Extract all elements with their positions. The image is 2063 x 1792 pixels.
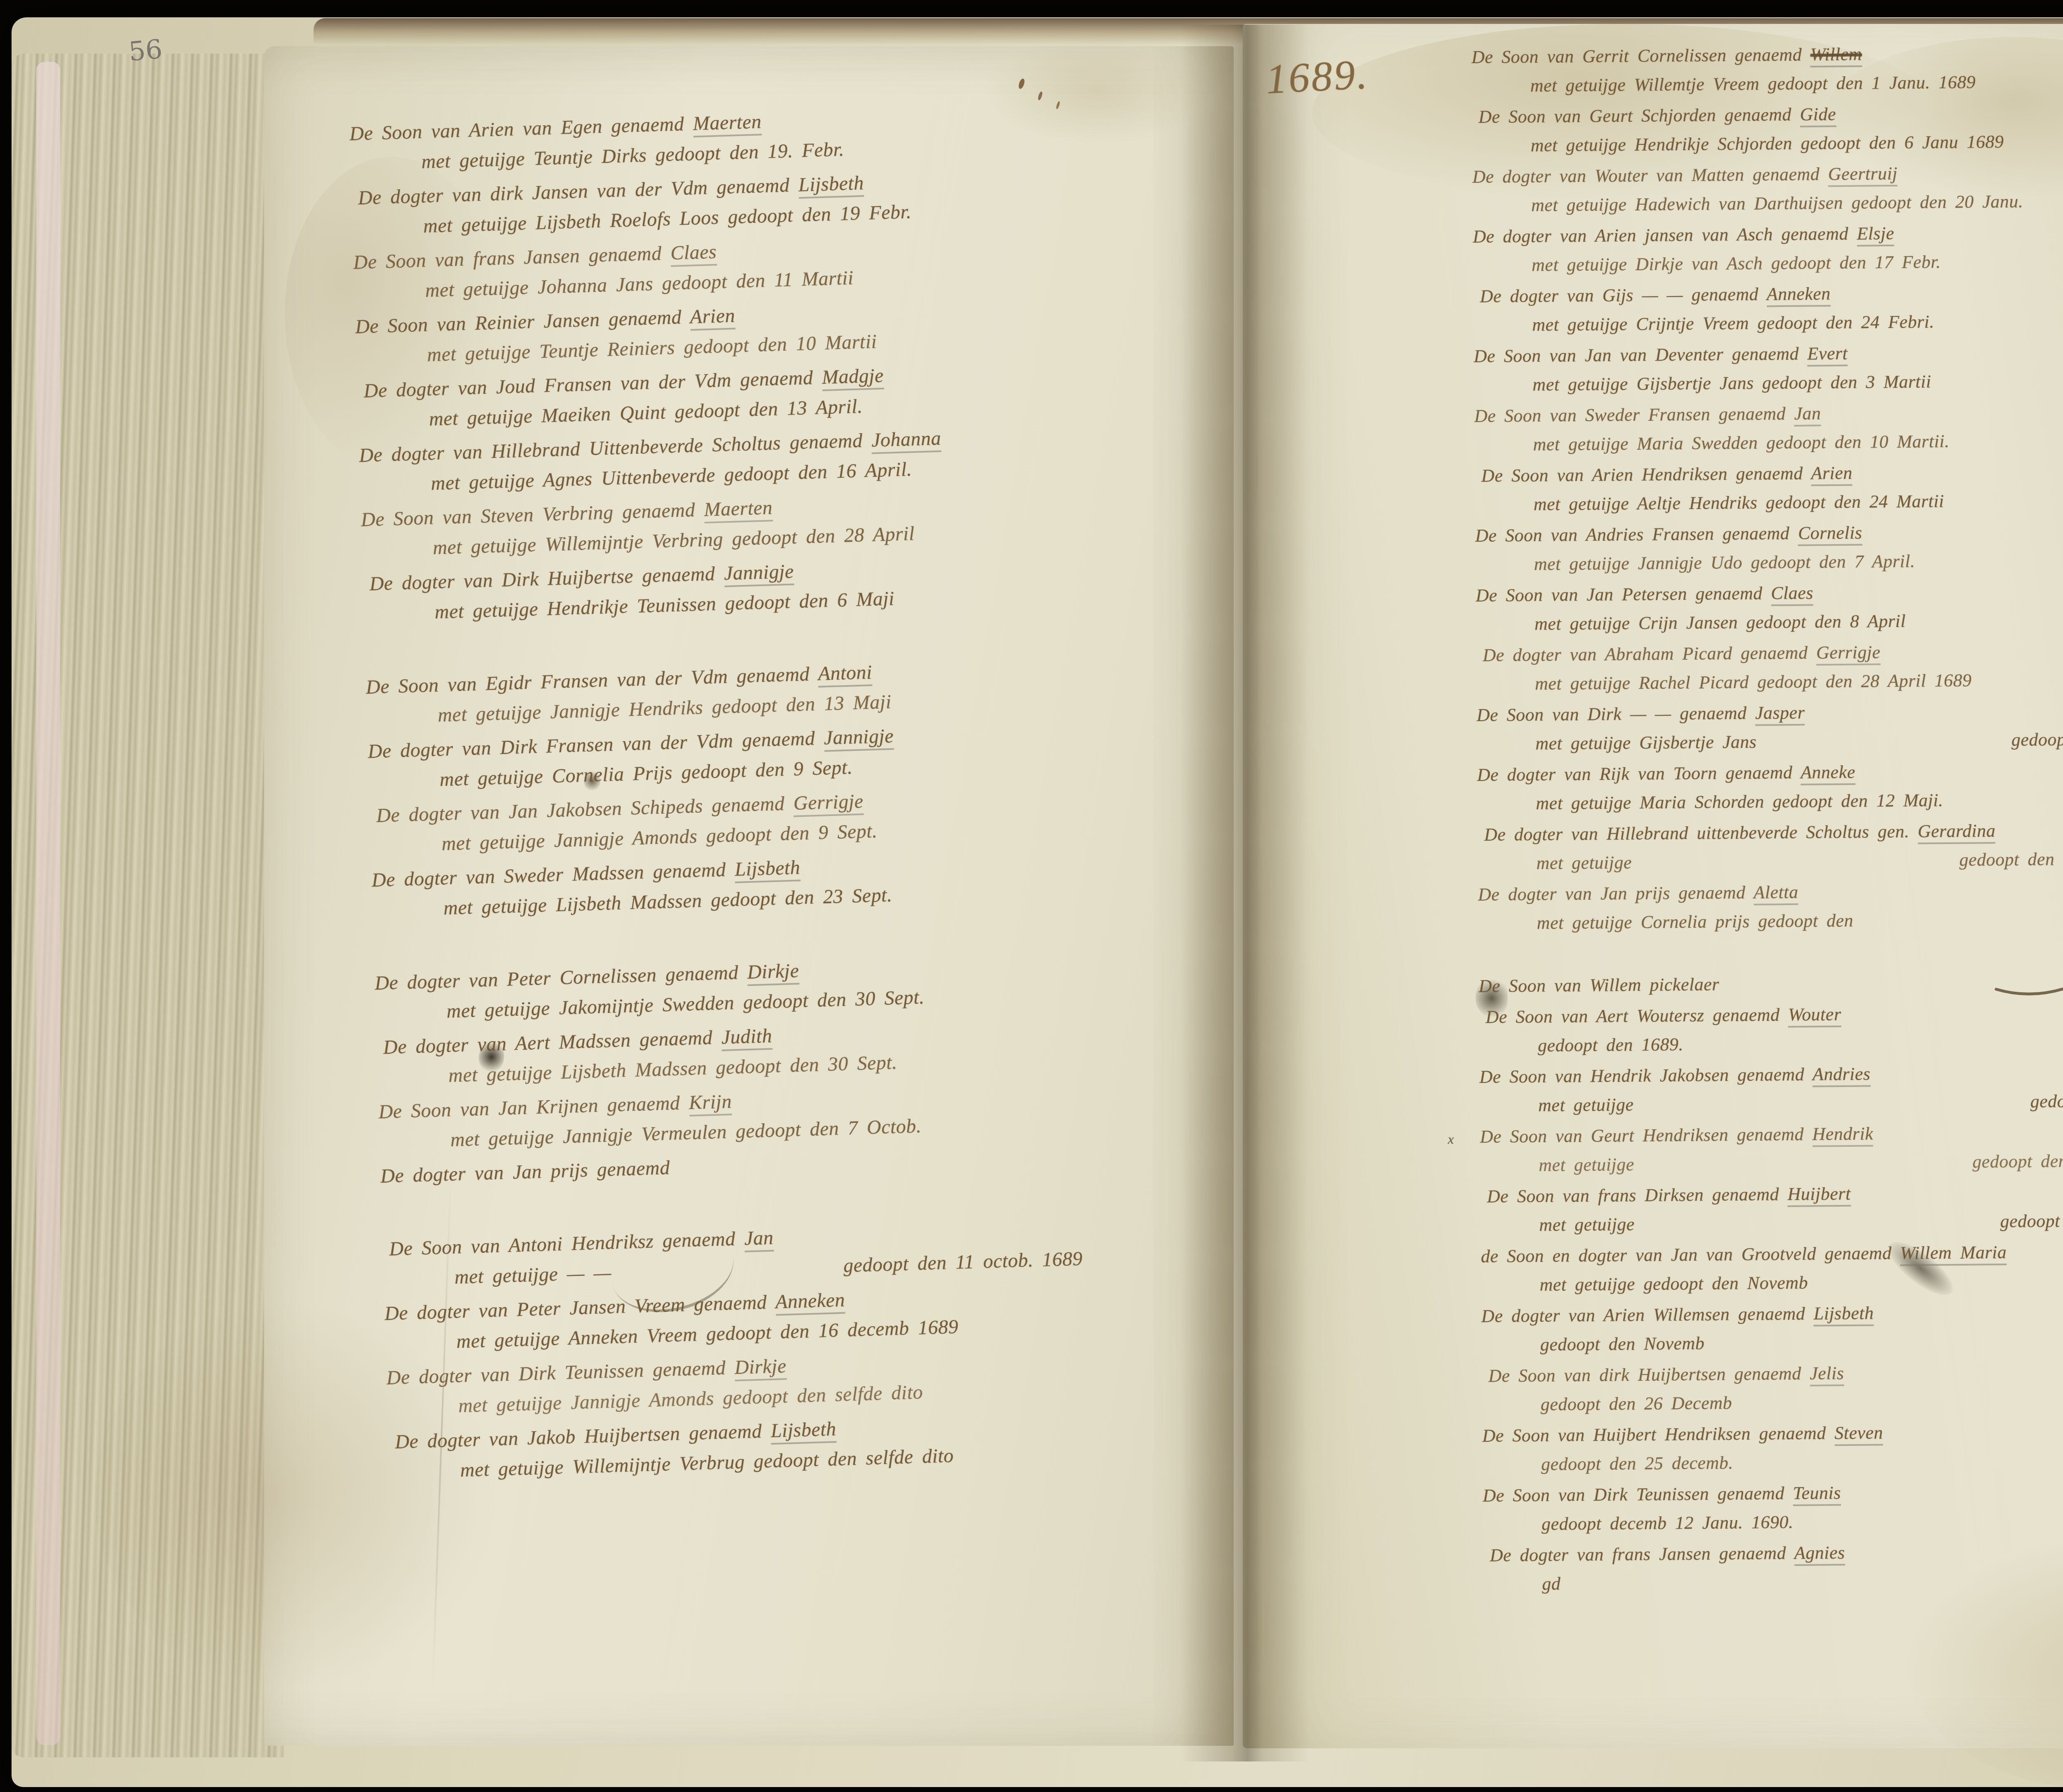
child-name: Andries bbox=[1813, 1063, 1871, 1087]
baptism-date: gedoopt den 5 Maji bbox=[2011, 724, 2063, 755]
baptism-entry: De dogter van Arien jansen van Asch gena… bbox=[1473, 216, 2063, 280]
entry-intro: De Soon van Jan Krijnen genaemd bbox=[378, 1092, 680, 1123]
entry-intro: De Soon van Gerrit Cornelissen genaemd bbox=[1471, 45, 1802, 67]
child-name: Judith bbox=[721, 1025, 772, 1052]
child-name: Lijsbeth bbox=[1813, 1303, 1874, 1326]
year-heading: 1689. bbox=[1265, 50, 1370, 104]
entry-intro: De Soon van Jan van Deventer genaemd bbox=[1474, 344, 1799, 366]
entry-line2: gedoopt den 25 decemb. bbox=[1482, 1444, 2063, 1479]
baptism-entry: De dogter van frans Jansen genaemd Agnie… bbox=[1483, 1535, 2063, 1599]
child-name: Gerrigje bbox=[1816, 642, 1881, 665]
entry-line1: De Soon van Dirk Teunissen genaemd Teuni… bbox=[1482, 1475, 2063, 1510]
fore-edge-pink-strip bbox=[36, 62, 60, 1745]
entry-intro: De dogter van Abraham Picard genaemd bbox=[1482, 643, 1808, 665]
entry-intro: De Soon van Geurt Hendriksen genaemd bbox=[1480, 1124, 1804, 1147]
entry-line2: met getuijge Dirkje van Asch gedoopt den… bbox=[1473, 245, 2063, 280]
entry-intro: De dogter van Wouter van Matten genaemd bbox=[1472, 164, 1820, 187]
entry-intro: De Soon van Dirk — — genaemd bbox=[1477, 703, 1747, 725]
witness-and-date: gd bbox=[1542, 1569, 1561, 1598]
entry-intro: De Soon van frans Jansen genaemd bbox=[353, 243, 662, 274]
witness-and-date: met getuijge Gijsbertje Jans gedoopt den… bbox=[1532, 367, 1931, 399]
left-page-entries: De Soon van Arien van Egen genaemd Maert… bbox=[349, 94, 1209, 1491]
witness-and-date: met getuijge Gijsbertje Jans bbox=[1535, 728, 1756, 758]
entry-intro: De Soon van dirk Huijbertsen genaemd bbox=[1488, 1363, 1801, 1386]
photo-of-register: { "left_page": { "page_number": "56", "e… bbox=[0, 0, 2063, 1792]
entry-intro: De dogter van Arien jansen van Asch gena… bbox=[1473, 224, 1848, 247]
entry-line1: De Soon van Jan Petersen genaemd Claes bbox=[1475, 575, 2063, 610]
baptism-date bbox=[1062, 575, 1183, 609]
child-name: Jannigje bbox=[724, 561, 794, 587]
witness-and-date: met getuijge Hendrikje Schjorden gedoopt… bbox=[1531, 127, 2004, 160]
child-name: Huijbert bbox=[1787, 1184, 1851, 1207]
entry-intro: De Soon van Willem pickelaer bbox=[1479, 974, 1719, 996]
child-name: Geertruij bbox=[1828, 163, 1898, 187]
child-name: Wouter bbox=[1788, 1004, 1841, 1028]
witness-and-date: met getuijge bbox=[1536, 848, 1632, 878]
baptism-entry: De Soon van Aert Woutersz genaemd Wouter… bbox=[1479, 996, 2063, 1060]
baptism-date bbox=[1049, 125, 1169, 158]
entry-intro: De Soon van Huijbert Hendriksen genaemd bbox=[1482, 1423, 1826, 1446]
child-name: Cornelis bbox=[1798, 523, 1862, 546]
child-name: Anneken bbox=[775, 1289, 845, 1316]
witness-and-date: met getuijge bbox=[1538, 1090, 1634, 1120]
entry-intro: De Soon van Arien Hendriksen genaemd bbox=[1481, 463, 1803, 486]
entry-line1: De Soon van dirk Huijbertsen genaemd Jel… bbox=[1488, 1355, 2063, 1390]
child-name: Claes bbox=[670, 241, 717, 267]
entry-intro: De Soon van Hendrik Jakobsen genaemd bbox=[1479, 1064, 1804, 1087]
baptism-date bbox=[1059, 446, 1179, 480]
child-name: Lijsbeth bbox=[734, 856, 800, 883]
baptism-entry: De dogter van Gijs — — genaemd Anneken m… bbox=[1473, 276, 2063, 340]
child-name: Anneke bbox=[1801, 762, 1855, 785]
baptism-entry: De dogter van Wouter van Matten genaemd … bbox=[1472, 156, 2063, 220]
baptism-entry: De Soon van dirk Huijbertsen genaemd Jel… bbox=[1482, 1355, 2063, 1419]
witness-and-date: met getuijge Crijn Jansen gedoopt den 8 … bbox=[1534, 607, 1906, 639]
entry-intro: De Soon van Aert Woutersz genaemd bbox=[1485, 1004, 1780, 1027]
baptism-date: gedoopt den 14 Julii 1689 bbox=[1959, 843, 2063, 875]
entry-line1: De Soon van Dirk — — genaemd Jasper bbox=[1477, 695, 2063, 730]
witness-and-date: met getuijge Maria Swedden gedoopt den 1… bbox=[1533, 427, 1949, 459]
child-name: Steven bbox=[1834, 1422, 1883, 1446]
witness-and-date: met getuijge Willemtje Vreem gedoopt den… bbox=[1530, 68, 1976, 100]
baptism-date bbox=[1071, 871, 1192, 905]
baptism-entry: De Soon van Jan Petersen genaemd Claes m… bbox=[1475, 575, 2063, 639]
child-name: Jan bbox=[1794, 403, 1821, 427]
entry-line1: De dogter van Wouter van Matten genaemd … bbox=[1472, 156, 2063, 191]
entry-intro: De Soon van Geurt Schjorden genaemd bbox=[1478, 104, 1792, 127]
entry-line1: De dogter van Arien jansen van Asch gena… bbox=[1473, 216, 2063, 251]
entry-intro: De Soon van frans Dirksen genaemd bbox=[1487, 1184, 1779, 1207]
baptism-entry: De dogter van Jan prijs genaemd Aletta m… bbox=[1478, 874, 2063, 938]
entry-intro: De Soon van Jan Petersen genaemd bbox=[1475, 583, 1763, 605]
child-name: Agnies bbox=[1794, 1542, 1845, 1566]
baptism-entry: De Soon van Hendrik Jakobsen genaemd And… bbox=[1479, 1056, 2063, 1120]
child-name: Jan bbox=[744, 1227, 774, 1252]
entry-intro: De Soon van Dirk Teunissen genaemd bbox=[1482, 1483, 1784, 1506]
entry-line2: met getuijge gedoopt den selfden dito. bbox=[1480, 1145, 2063, 1180]
witness-and-date: met getuijge — — bbox=[454, 1257, 611, 1292]
baptism-entry: De Soon van Dirk Teunissen genaemd Teuni… bbox=[1482, 1475, 2063, 1539]
entry-line1: De Soon van frans Dirksen genaemd Huijbe… bbox=[1487, 1176, 2063, 1211]
entry-line2: met getuijge Jannigje Udo gedoopt den 7 … bbox=[1475, 544, 2063, 579]
baptism-entry: De Soon van Jan van Deventer genaemd Eve… bbox=[1474, 336, 2063, 400]
witness-and-date: met getuijge Dirkje van Asch gedoopt den… bbox=[1532, 248, 1941, 280]
baptism-entry: De Soon van Geurt Schjorden genaemd Gide… bbox=[1472, 97, 2063, 160]
entry-line1: De Soon van Arien Hendriksen genaemd Ari… bbox=[1481, 455, 2063, 490]
entry-line1: De dogter van Abraham Picard genaemd Ger… bbox=[1482, 635, 2063, 670]
child-name: Lijsbeth bbox=[798, 172, 864, 199]
child-name: Jelis bbox=[1810, 1363, 1844, 1386]
baptism-date bbox=[1088, 1433, 1209, 1467]
child-name: Jannigje bbox=[824, 725, 894, 752]
witness-and-date: met getuijge bbox=[1539, 1150, 1634, 1180]
entry-line1: De dogter van Jan prijs genaemd Aletta bbox=[1478, 874, 2063, 909]
child-name: Arien bbox=[690, 304, 736, 330]
bottom-left-page-stack bbox=[39, 1682, 1010, 1787]
child-name: Evert bbox=[1807, 343, 1848, 367]
entry-line1: De Soon van Huijbert Hendriksen genaemd … bbox=[1482, 1415, 2063, 1450]
right-page-entries: De Soon van Gerrit Cornelissen genaemd W… bbox=[1471, 37, 2063, 1601]
page-number-left: 56 bbox=[127, 34, 164, 68]
baptism-entry: De dogter van Rijk van Toorn genaemd Ann… bbox=[1477, 755, 2063, 818]
entry-intro: De dogter van Gijs — — genaemd bbox=[1480, 284, 1759, 307]
baptism-date bbox=[1057, 382, 1177, 416]
entry-line1: De dogter van Gijs — — genaemd Anneken bbox=[1480, 276, 2063, 311]
child-name: Lijsbeth bbox=[770, 1418, 836, 1445]
baptism-entry: De Soon van Arien Hendriksen genaemd Ari… bbox=[1475, 455, 2063, 519]
entry-intro: De Soon van Andries Fransen genaemd bbox=[1475, 523, 1789, 546]
entry-line1: De Soon van Hendrik Jakobsen genaemd And… bbox=[1479, 1056, 2063, 1091]
entry-line1: De Soon van Willem pickelaer bbox=[1479, 965, 2063, 1000]
baptism-entry: De Soon van Huijbert Hendriksen genaemd … bbox=[1482, 1415, 2063, 1479]
entry-line1: De Soon van Aert Woutersz genaemd Wouter bbox=[1485, 996, 2063, 1031]
witness-and-date: gedoopt den 26 Decemb bbox=[1541, 1389, 1732, 1419]
witness-and-date: met getuijge Cornelia prijs gedoopt den bbox=[1537, 906, 1853, 938]
baptism-date: gedoopt den Sept. bbox=[2030, 1085, 2063, 1116]
entry-line2: met getuijge gedoopt den 14 Julii 1689 bbox=[1478, 843, 2063, 878]
entry-line1: De Soon van Jan van Deventer genaemd Eve… bbox=[1474, 336, 2063, 371]
baptism-date bbox=[1067, 742, 1188, 776]
baptism-date bbox=[1053, 253, 1173, 287]
child-name: Johanna bbox=[871, 427, 942, 454]
child-name: Arien bbox=[1811, 463, 1853, 486]
baptism-date: gedoopt den selfden dito. bbox=[1972, 1145, 2063, 1176]
entry-line1: De dogter van Hillebrand uittenbeverde S… bbox=[1484, 814, 2063, 849]
entry-intro: De Soon van Arien van Egen genaemd bbox=[349, 113, 684, 145]
entry-intro: De dogter van Rijk van Toorn genaemd bbox=[1477, 762, 1793, 785]
baptism-entry: De Soon van frans Dirksen genaemd Huijbe… bbox=[1480, 1176, 2063, 1240]
child-name: Maerten bbox=[703, 497, 773, 523]
entry-intro: De dogter van Arien Willemsen genaemd bbox=[1481, 1304, 1805, 1326]
entry-intro: De Soon van Antoni Hendriksz genaemd bbox=[389, 1228, 736, 1260]
entry-intro: de Soon en dogter van Jan van Grootveld … bbox=[1481, 1243, 1892, 1266]
child-name: Gerardina bbox=[1918, 821, 1996, 844]
child-name: Elsje bbox=[1857, 223, 1894, 247]
child-name: Teunis bbox=[1793, 1483, 1841, 1506]
baptism-entry: De dogter van Hillebrand uittenbeverde S… bbox=[1478, 814, 2063, 878]
entry-line1: x De Soon van Geurt Hendriksen genaemd H… bbox=[1480, 1116, 2063, 1151]
baptism-entry: x De Soon van Geurt Hendriksen genaemd H… bbox=[1480, 1116, 2063, 1180]
child-name: Gide bbox=[1800, 104, 1836, 127]
child-name: Claes bbox=[1771, 583, 1813, 606]
baptism-date bbox=[1065, 678, 1186, 712]
baptism-date bbox=[1069, 806, 1190, 840]
child-name: Willem Maria bbox=[1900, 1242, 2007, 1266]
child-name: Aletta bbox=[1754, 882, 1799, 905]
baptism-entry: De Soon van Sweder Fransen genaemd Jan m… bbox=[1474, 396, 2063, 460]
entry-intro: De dogter van Hillebrand uittenbeverde S… bbox=[1484, 821, 1910, 845]
entry-intro: De dogter van Dirk Huijbertse genaemd bbox=[369, 563, 715, 595]
baptism-entry: De dogter van Abraham Picard genaemd Ger… bbox=[1476, 635, 2063, 699]
entry-line1: De Soon van Sweder Fransen genaemd Jan bbox=[1474, 396, 2063, 431]
child-name: Hendrik bbox=[1812, 1123, 1873, 1147]
entry-line1: De dogter van Rijk van Toorn genaemd Ann… bbox=[1477, 755, 2063, 790]
baptism-entry: De Soon van Gerrit Cornelissen genaemd W… bbox=[1471, 37, 2063, 101]
witness-and-date: met getuijge Jannigje Udo gedoopt den 7 … bbox=[1534, 547, 1915, 579]
book-gutter-shadow bbox=[1181, 25, 1309, 1761]
witness-and-date: gedoopt den 25 decemb. bbox=[1541, 1448, 1733, 1479]
witness-and-date: met getuijge Rachel Picard gedoopt den 2… bbox=[1535, 666, 1972, 698]
baptism-entry: de Soon en dogter van Jan van Grootveld … bbox=[1481, 1236, 2063, 1299]
baptism-entry: De Soon van Dirk — — genaemd Jasper met … bbox=[1477, 695, 2063, 759]
margin-mark: x bbox=[1448, 1125, 1454, 1154]
child-name: Willem bbox=[1810, 44, 1862, 68]
witness-and-date: met getuijge gedoopt den Novemb bbox=[1539, 1269, 1808, 1299]
witness-and-date: gedoopt decemb 12 Janu. 1690. bbox=[1541, 1508, 1794, 1539]
child-name: Gerrigje bbox=[793, 790, 864, 817]
baptism-date bbox=[1060, 511, 1181, 545]
child-name: Dirkje bbox=[734, 1355, 786, 1382]
entry-intro: De Soon van Sweder Fransen genaemd bbox=[1474, 403, 1786, 426]
entry-line1: De Soon van Andries Fransen genaemd Corn… bbox=[1475, 515, 2063, 550]
child-name: Krijn bbox=[689, 1091, 732, 1117]
entry-line1: De Soon van Geurt Schjorden genaemd Gide bbox=[1478, 97, 2063, 132]
child-name: Maerten bbox=[693, 111, 762, 137]
baptism-date: gedoopt den 6 Octob. bbox=[2000, 1205, 2063, 1236]
baptism-date bbox=[1074, 974, 1195, 1008]
child-name: Dirkje bbox=[747, 960, 799, 986]
child-name: Antoni bbox=[818, 661, 873, 688]
baptism-date bbox=[1086, 1369, 1206, 1403]
entry-intro: De dogter van Sweder Madssen genaemd bbox=[371, 859, 726, 891]
baptism-date bbox=[1078, 1103, 1199, 1137]
witness-and-date: gedoopt den 1689. bbox=[1538, 1030, 1683, 1060]
entry-intro: De dogter van frans Jansen genaemd bbox=[1490, 1543, 1787, 1566]
witness-and-date: met getuijge Crijntje Vreem gedoopt den … bbox=[1532, 307, 1934, 340]
entry-line1: De dogter van frans Jansen genaemd Agnie… bbox=[1490, 1535, 2063, 1570]
baptism-date bbox=[1076, 1038, 1197, 1072]
baptism-date bbox=[1055, 318, 1175, 351]
child-name: Jasper bbox=[1755, 703, 1805, 726]
entry-intro: De Soon van Steven Verbring genaemd bbox=[361, 499, 696, 531]
witness-and-date: met getuijge bbox=[1539, 1210, 1635, 1240]
baptism-date bbox=[1051, 189, 1171, 223]
entry-intro: De dogter van Jan prijs genaemd bbox=[1478, 882, 1746, 905]
witness-and-date: met getuijge Maria Schorden gedoopt den … bbox=[1536, 786, 1943, 818]
entry-line1: De dogter van Arien Willemsen genaemd Li… bbox=[1481, 1295, 2063, 1330]
entry-line1: de Soon en dogter van Jan van Grootveld … bbox=[1481, 1236, 2063, 1271]
baptism-entry: De dogter van Arien Willemsen genaemd Li… bbox=[1481, 1295, 2063, 1359]
entry-line1: De Soon van Gerrit Cornelissen genaemd W… bbox=[1471, 37, 2063, 72]
witness-and-date: met getuijge Hadewich van Darthuijsen ge… bbox=[1531, 187, 2023, 220]
child-name: Anneken bbox=[1766, 283, 1830, 307]
entry-intro: De Soon van Reinier Jansen genaemd bbox=[355, 306, 682, 337]
entry-intro: De dogter van Jan prijs genaemd bbox=[380, 1157, 670, 1187]
baptism-date bbox=[1084, 1304, 1204, 1338]
witness-and-date: gedoopt den Novemb bbox=[1540, 1329, 1705, 1359]
entry-intro: De dogter van Aert Madssen genaemd bbox=[383, 1027, 713, 1059]
witness-and-date: met getuijge Aeltje Hendriks gedoopt den… bbox=[1534, 487, 1945, 519]
baptism-entry: De Soon van Andries Fransen genaemd Corn… bbox=[1475, 515, 2063, 579]
baptism-entry: De Soon van Willem pickelaer bbox=[1479, 965, 2063, 1000]
child-name: Madgje bbox=[821, 365, 884, 391]
